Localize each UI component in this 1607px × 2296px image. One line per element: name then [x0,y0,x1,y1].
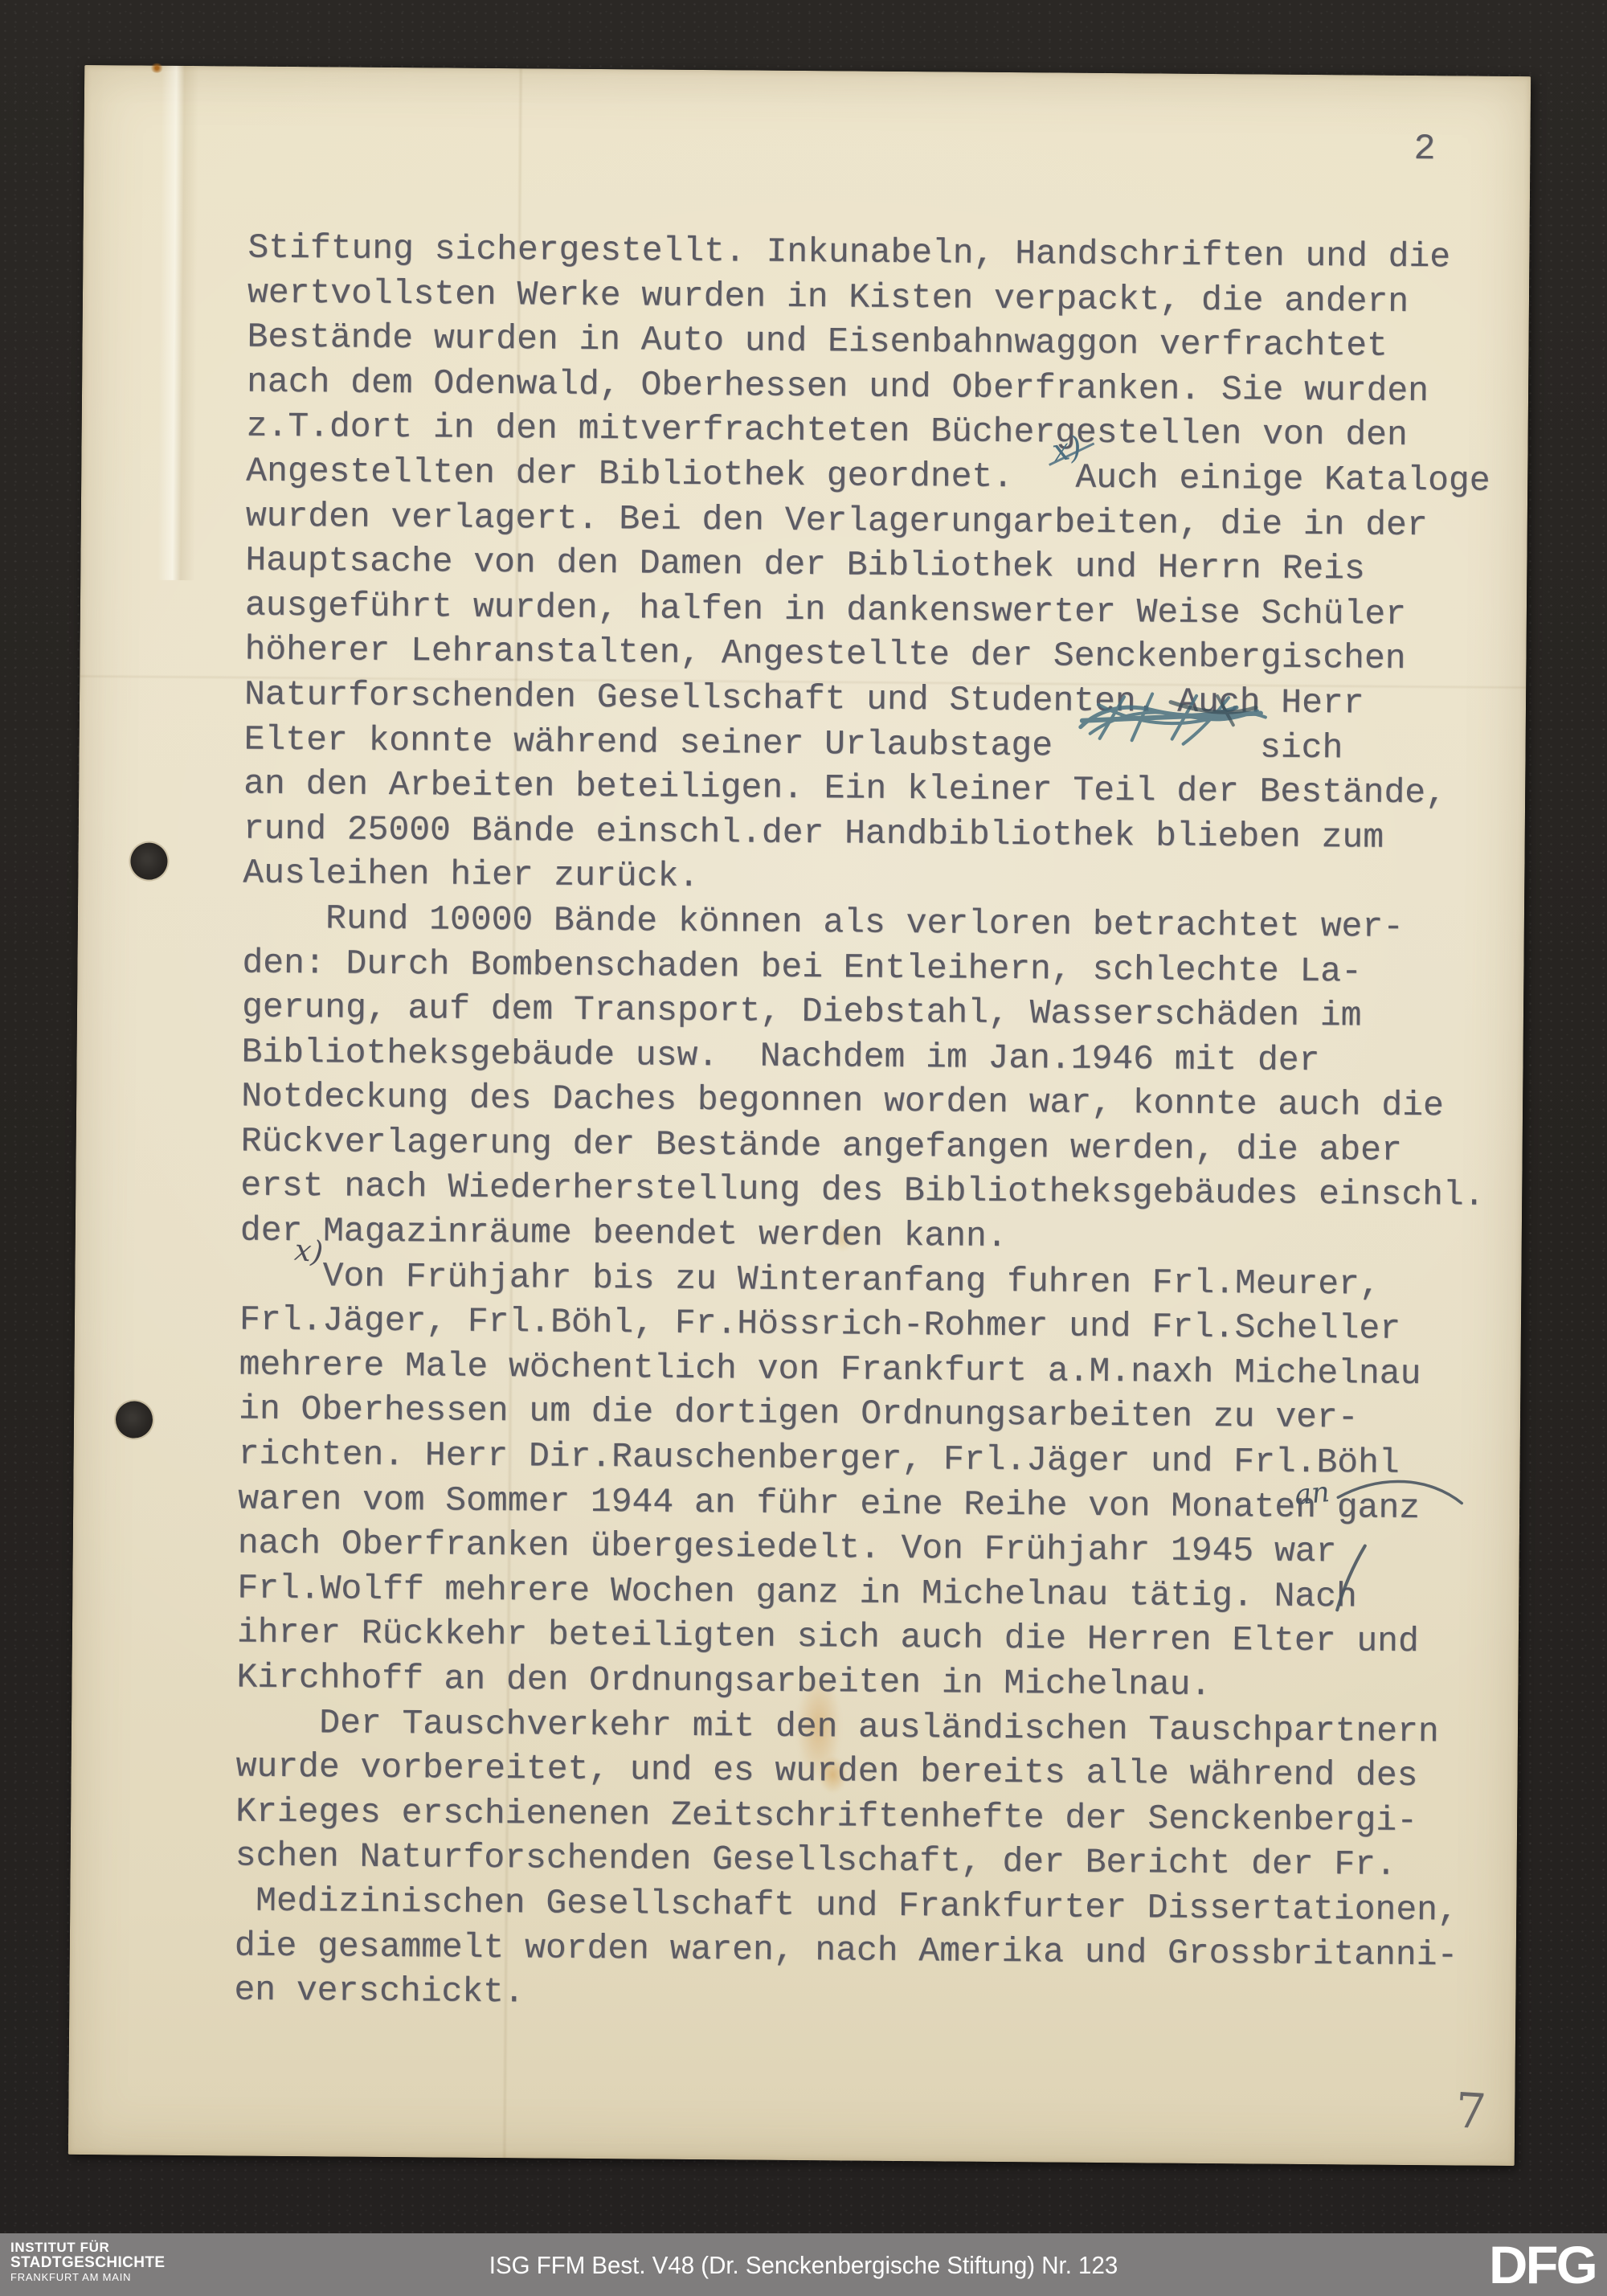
document-page: 2 Stiftung sichergestellt. Inkunabeln, H… [68,65,1531,2166]
archive-reference: ISG FFM Best. V48 (Dr. Senckenbergische … [489,2251,1118,2280]
footer-bar: INSTITUT FÜR STADTGESCHICHTE FRANKFURT A… [0,2233,1607,2296]
typewritten-line: en verschickt. [234,1968,1503,2023]
typewritten-text: Stiftung sichergestellt. Inkunabeln, Han… [234,226,1517,2023]
handwritten-page-number: 7 [1454,2083,1487,2141]
handwritten-footnote-mark-margin: x) [293,1233,325,1270]
handwritten-footnote-mark-inline: x) [1049,429,1084,469]
archive-scan-viewer: 2 Stiftung sichergestellt. Inkunabeln, H… [0,0,1607,2296]
isg-logo-line3: FRANKFURT AM MAIN [10,2271,165,2284]
punch-hole [116,1401,153,1438]
isg-logo-line2: STADTGESCHICHTE [10,2255,165,2271]
paper-crease [157,66,198,580]
dfg-logo: DFG [1489,2235,1596,2295]
page-number-typed: 2 [1413,129,1435,170]
handwritten-caret [1260,1475,1502,1621]
isg-logo-line1: INSTITUT FÜR [10,2241,165,2255]
punch-hole [130,842,167,879]
paper-stain [150,63,163,73]
ink-scribble-crossout [1074,686,1276,753]
isg-logo: INSTITUT FÜR STADTGESCHICHTE FRANKFURT A… [10,2241,165,2284]
